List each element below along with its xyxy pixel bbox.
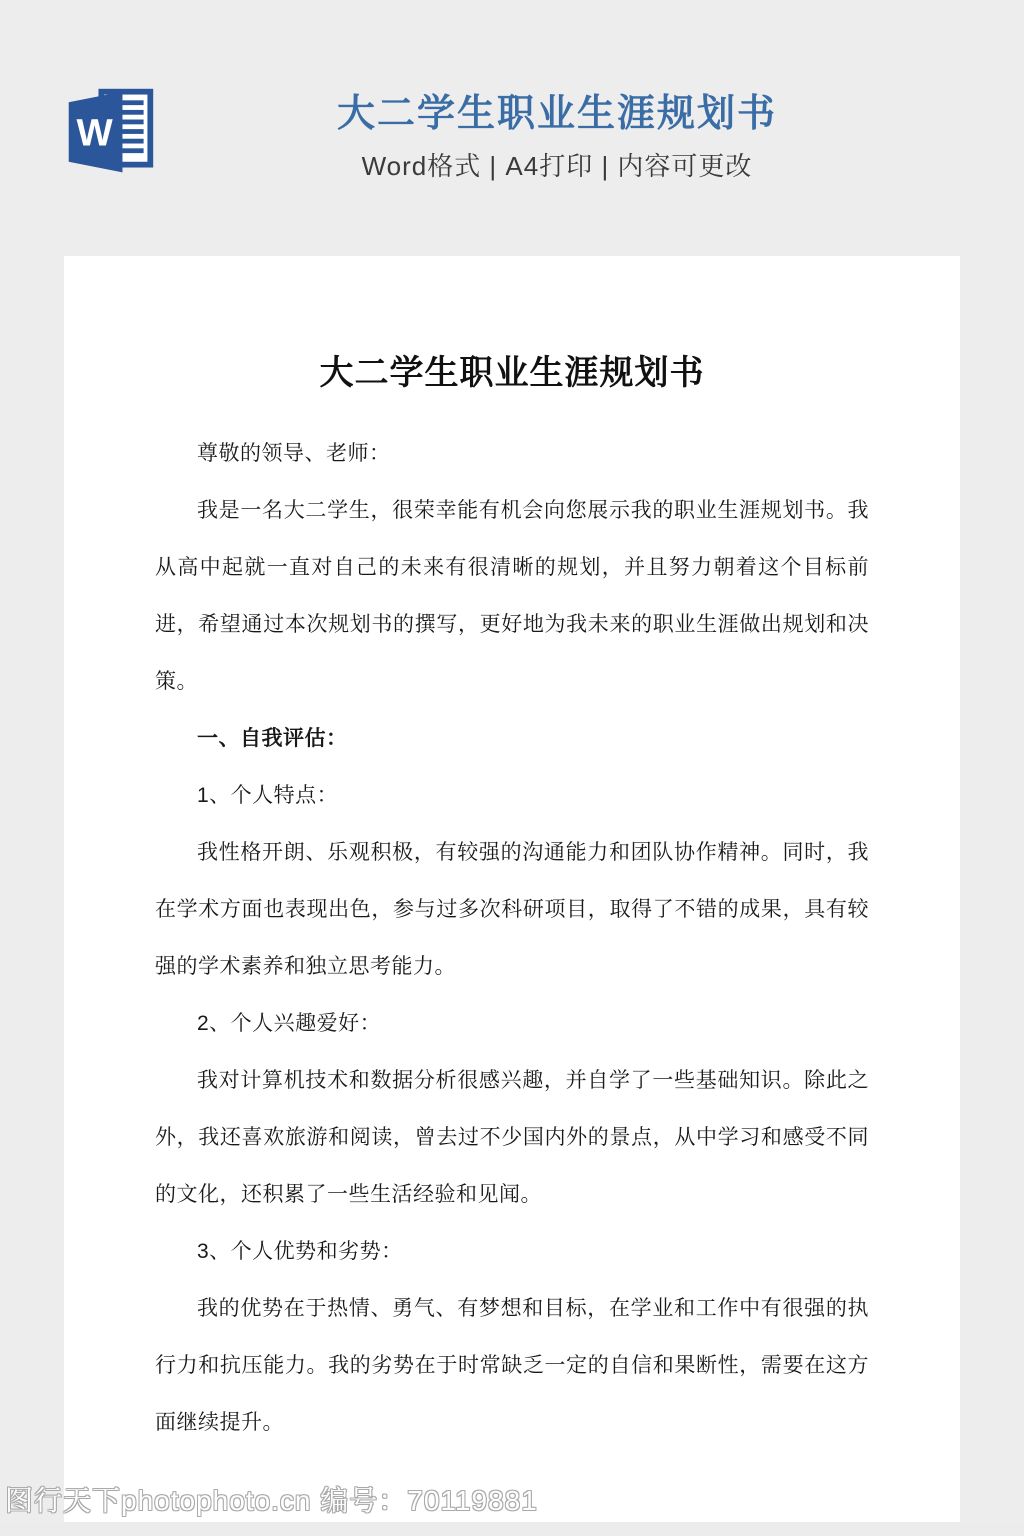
document-body: 尊敬的领导、老师：我是一名大二学生，很荣幸能有机会向您展示我的职业生涯规划书。我… bbox=[155, 425, 869, 1451]
template-subtitle: Word格式 | A4打印 | 内容可更改 bbox=[90, 152, 1024, 180]
page: { "colors": { "page_background": "#edede… bbox=[0, 0, 1024, 1536]
template-title: 大二学生职业生涯规划书 bbox=[90, 94, 1024, 134]
paragraph: 2、个人兴趣爱好： bbox=[155, 995, 869, 1052]
document-page: 大二学生职业生涯规划书 尊敬的领导、老师：我是一名大二学生，很荣幸能有机会向您展… bbox=[64, 256, 960, 1522]
paragraph: 3、个人优势和劣势： bbox=[155, 1223, 869, 1280]
paragraph: 我的优势在于热情、勇气、有梦想和目标，在学业和工作中有很强的执行力和抗压能力。我… bbox=[155, 1280, 869, 1451]
paragraph: 我是一名大二学生，很荣幸能有机会向您展示我的职业生涯规划书。我从高中起就一直对自… bbox=[155, 482, 869, 710]
watermark-text: 图行天下photophoto.cn 编号：70119881 bbox=[5, 1484, 538, 1518]
document-title: 大二学生职业生涯规划书 bbox=[148, 351, 876, 395]
preview-header: W 大二学生职业生涯规划书 Word格式 | A4打印 | 内容可更改 bbox=[0, 0, 1024, 256]
paragraph: 一、自我评估： bbox=[155, 710, 869, 767]
paragraph: 我对计算机技术和数据分析很感兴趣，并自学了一些基础知识。除此之外，我还喜欢旅游和… bbox=[155, 1052, 869, 1223]
header-text-block: 大二学生职业生涯规划书 Word格式 | A4打印 | 内容可更改 bbox=[0, 94, 1024, 180]
footer-strip bbox=[0, 1522, 1024, 1536]
paragraph: 我性格开朗、乐观积极，有较强的沟通能力和团队协作精神。同时，我在学术方面也表现出… bbox=[155, 824, 869, 995]
paragraph: 1、个人特点： bbox=[155, 767, 869, 824]
paragraph: 尊敬的领导、老师： bbox=[155, 425, 869, 482]
